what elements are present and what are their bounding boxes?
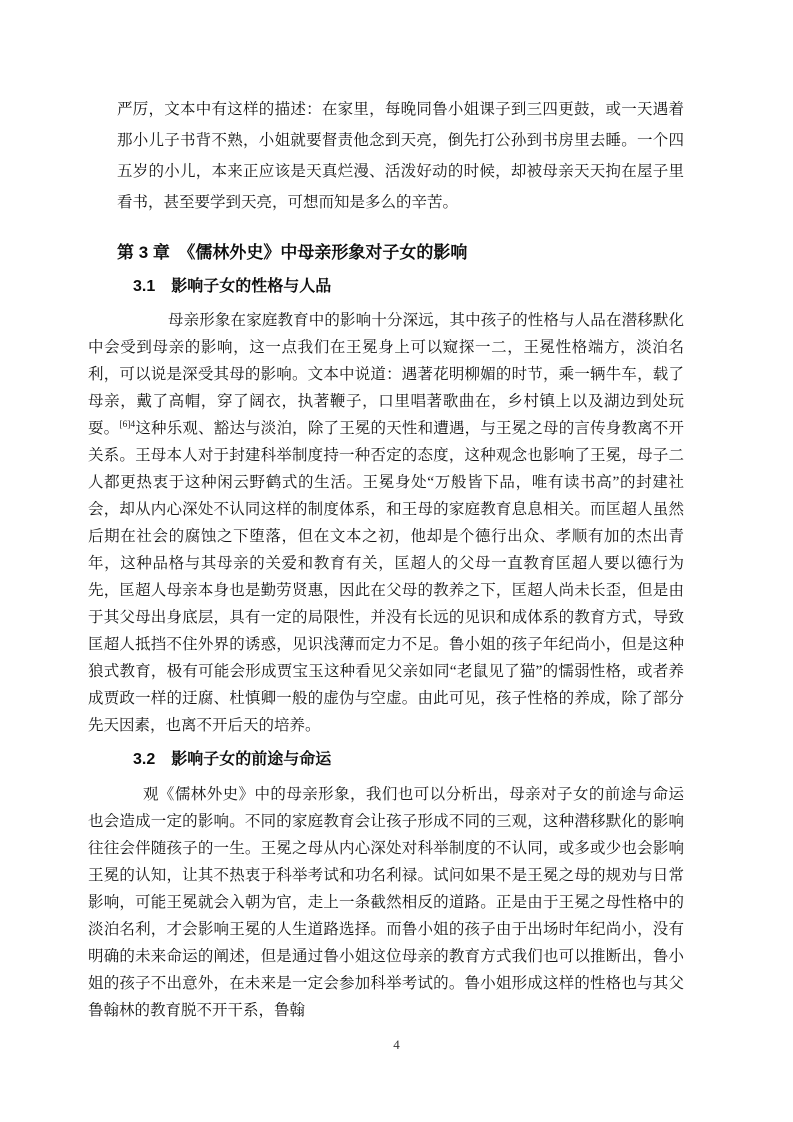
paragraph-text-after-citation: 这种乐观、豁达与淡泊，除了王冕的天性和遭遇，与王冕之母的言传身教离不开关系。王母… xyxy=(88,420,684,734)
section-3-1-paragraph: 母亲形象在家庭教育中的影响十分深远，其中孩子的性格与人品在潜移默化中会受到母亲的… xyxy=(88,307,684,739)
continuation-paragraph: 严厉，文本中有这样的描述：在家里，每晚同鲁小姐课子到三四更鼓，或一天遇着那小儿子… xyxy=(88,94,684,218)
paragraph-text-before-citation: 母亲形象在家庭教育中的影响十分深远，其中孩子的性格与人品在潜移默化中会受到母亲的… xyxy=(88,312,684,437)
document-body: 严厉，文本中有这样的描述：在家里，每晚同鲁小姐课子到三四更鼓，或一天遇着那小儿子… xyxy=(88,94,684,1024)
citation-marker: [6]4 xyxy=(119,420,135,430)
page-number: 4 xyxy=(0,1037,793,1053)
section-3-2-paragraph: 观《儒林外史》中的母亲形象，我们也可以分析出，母亲对子女的前途与命运也会造成一定… xyxy=(88,781,684,1024)
document-page: 严厉，文本中有这样的描述：在家里，每晚同鲁小姐课子到三四更鼓，或一天遇着那小儿子… xyxy=(0,0,793,1122)
section-3-1-heading: 3.1 影响子女的性格与人品 xyxy=(133,275,684,299)
section-3-2-heading: 3.2 影响子女的前途与命运 xyxy=(133,748,684,772)
chapter-heading: 第 3 章 《儒林外史》中母亲形象对子女的影响 xyxy=(117,240,684,266)
